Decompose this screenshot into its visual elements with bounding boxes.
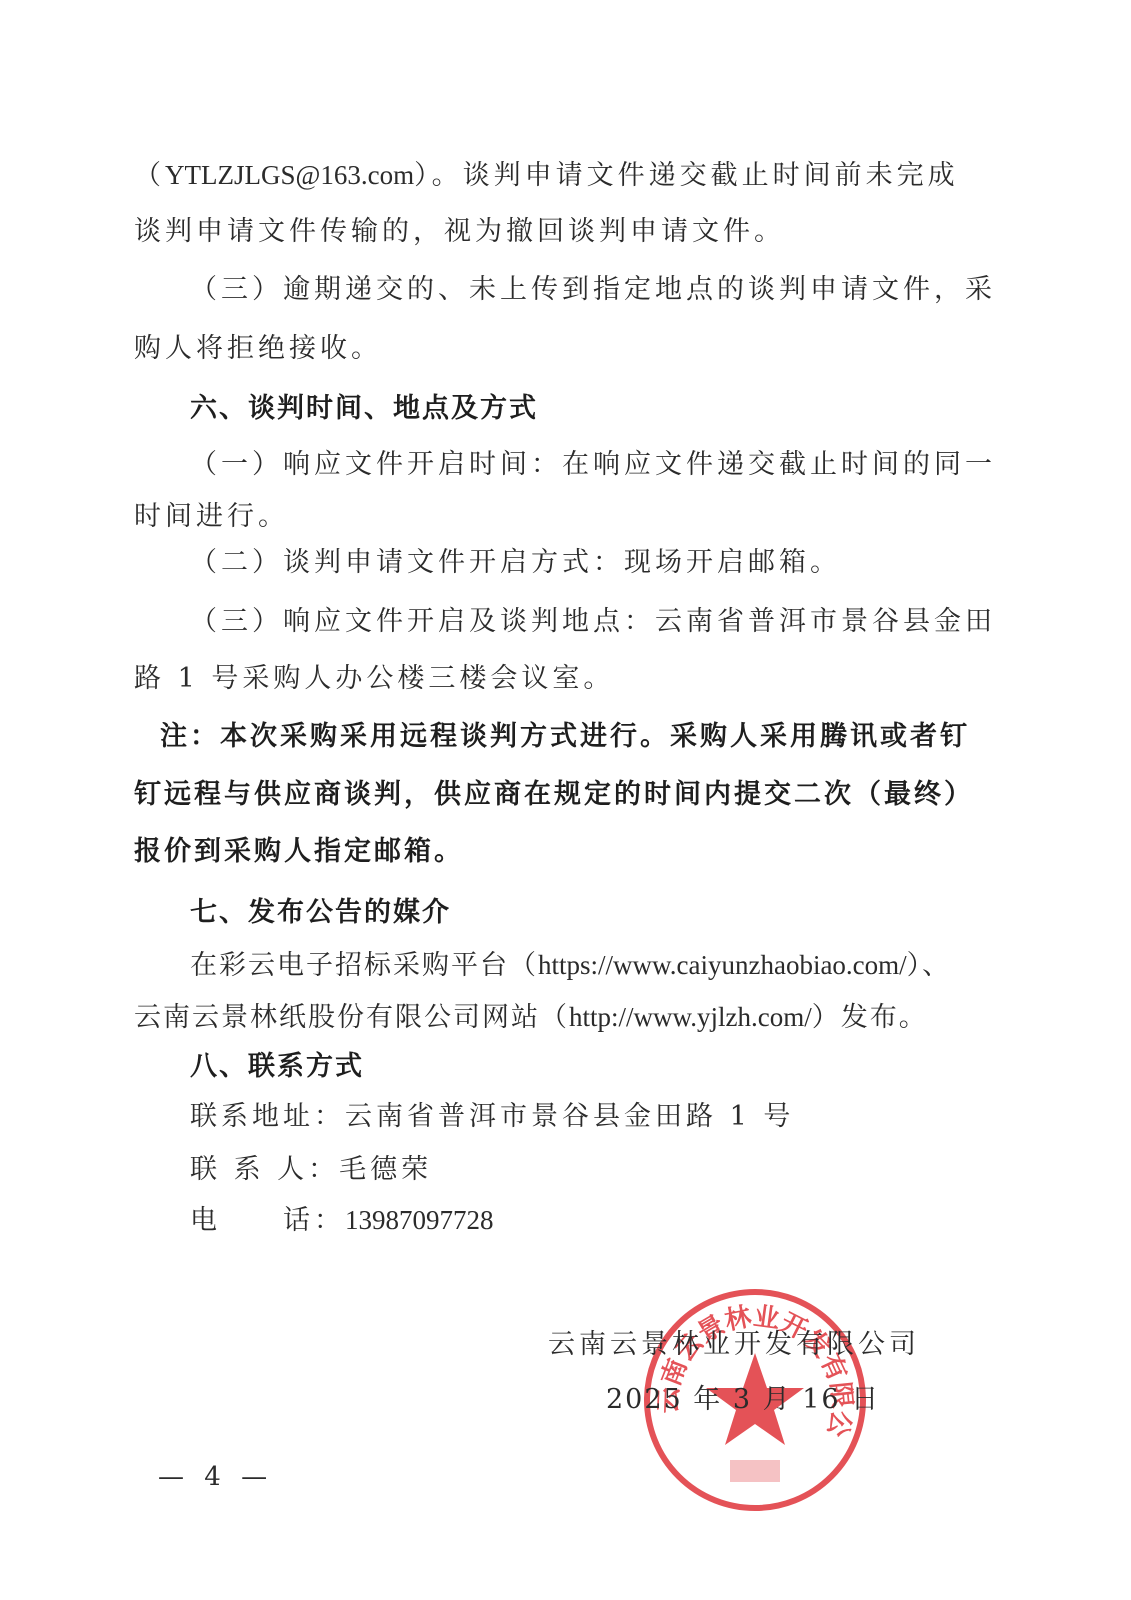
- document-page: （YTLZJLGS@163.com）。谈判申请文件递交截止时间前未完成 谈判申请…: [0, 0, 1131, 1600]
- paragraph-line: 时间进行。: [134, 500, 289, 534]
- paragraph-line: （一）响应文件开启时间：在响应文件递交截止时间的同一: [190, 448, 996, 482]
- contact-person: 联 系 人：毛德荣: [190, 1153, 432, 1187]
- paragraph-line: （二）谈判申请文件开启方式：现场开启邮箱。: [190, 546, 841, 580]
- text: 云南云景林纸股份有限公司网站（: [134, 1002, 569, 1033]
- text: 在彩云电子招标采购平台（: [190, 950, 538, 981]
- signature-date: 2025 年 3 月 16 日: [606, 1377, 880, 1416]
- paragraph-line: 谈判申请文件传输的，视为撤回谈判申请文件。: [134, 215, 785, 249]
- paragraph-line: 购人将拒绝接收。: [134, 332, 382, 366]
- paragraph-line: （三）逾期递交的、未上传到指定地点的谈判申请文件，采: [190, 273, 996, 307]
- paragraph-line: （YTLZJLGS@163.com）。谈判申请文件递交截止时间前未完成: [134, 158, 959, 193]
- text: （: [134, 160, 165, 191]
- label: 联系地址：: [190, 1101, 345, 1132]
- label: 电 话：: [190, 1205, 345, 1236]
- section-heading-8: 八、联系方式: [190, 1050, 364, 1084]
- paragraph-line: 云南云景林纸股份有限公司网站（http://www.yjlzh.com/）发布。: [134, 1000, 928, 1035]
- platform-url: https://www.caiyunzhaobiao.com/: [538, 950, 907, 980]
- section-heading-6: 六、谈判时间、地点及方式: [190, 392, 538, 426]
- paragraph-line: 在彩云电子招标采购平台（https://www.caiyunzhaobiao.c…: [190, 948, 951, 983]
- paragraph-line: 路 1 号采购人办公楼三楼会议室。: [134, 662, 614, 696]
- note-line: 报价到采购人指定邮箱。: [134, 835, 464, 869]
- signature-company: 云南云景林业开发有限公司: [548, 1322, 920, 1361]
- value: 云南省普洱市景谷县金田路 1 号: [345, 1101, 794, 1132]
- note-line: 钉远程与供应商谈判，供应商在规定的时间内提交二次（最终）: [134, 778, 974, 812]
- email-address: YTLZJLGS@163.com: [165, 160, 414, 190]
- company-url: http://www.yjlzh.com/: [569, 1002, 812, 1032]
- value: 毛德荣: [339, 1154, 432, 1185]
- text: ）、: [907, 950, 952, 981]
- contact-address: 联系地址：云南省普洱市景谷县金田路 1 号: [190, 1100, 794, 1134]
- page-number: — 4 —: [158, 1462, 273, 1492]
- value: 13987097728: [345, 1205, 494, 1235]
- label: 联 系 人：: [190, 1154, 339, 1185]
- text: ）发布。: [812, 1002, 928, 1033]
- contact-phone: 电 话：13987097728: [190, 1203, 494, 1238]
- note-line: 注：本次采购采用远程谈判方式进行。采购人采用腾讯或者钉: [160, 720, 970, 754]
- paragraph-line: （三）响应文件开启及谈判地点：云南省普洱市景谷县金田: [190, 605, 996, 639]
- section-heading-7: 七、发布公告的媒介: [190, 896, 451, 930]
- text: ）。谈判申请文件递交截止时间前未完成: [414, 160, 959, 191]
